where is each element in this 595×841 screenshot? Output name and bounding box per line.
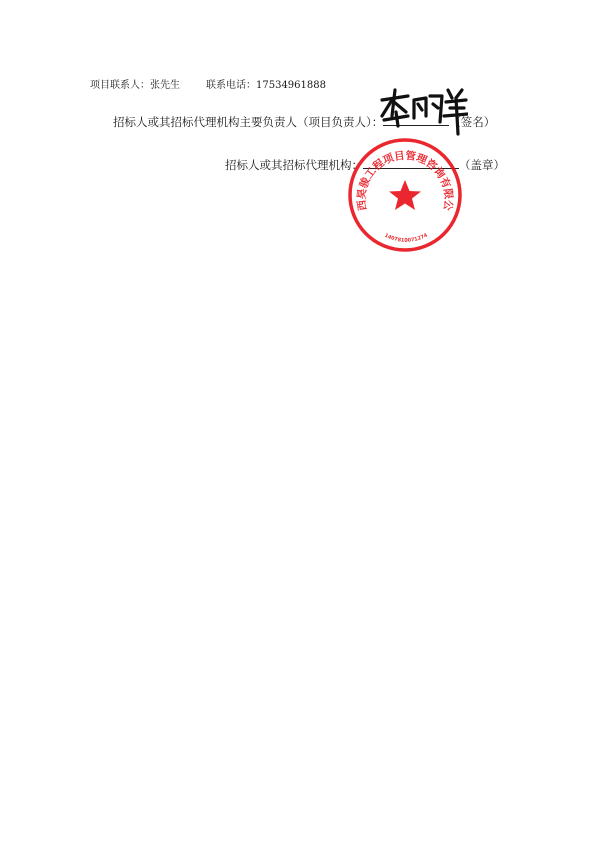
star-icon bbox=[389, 180, 421, 210]
company-seal-stamp: 山西昊骏工程项目管理咨询有限公司 1407810071274 bbox=[346, 136, 464, 254]
contact-phone-value: 17534961888 bbox=[256, 80, 326, 91]
handwritten-signature bbox=[378, 86, 468, 136]
svg-text:1407810071274: 1407810071274 bbox=[383, 232, 429, 244]
contact-phone-label: 联系电话： bbox=[206, 80, 256, 91]
seal-suffix: （盖章） bbox=[459, 158, 505, 172]
stamp-serial: 1407810071274 bbox=[383, 232, 429, 244]
contact-person-label: 项目联系人： bbox=[90, 80, 150, 91]
contact-line: 项目联系人：张先生联系电话：17534961888 bbox=[90, 76, 326, 91]
signature-label: 招标人或其招标代理机构主要负责人（项目负责人）： bbox=[113, 115, 383, 129]
seal-label: 招标人或其招标代理机构： bbox=[225, 158, 363, 172]
contact-person-value: 张先生 bbox=[150, 80, 180, 91]
